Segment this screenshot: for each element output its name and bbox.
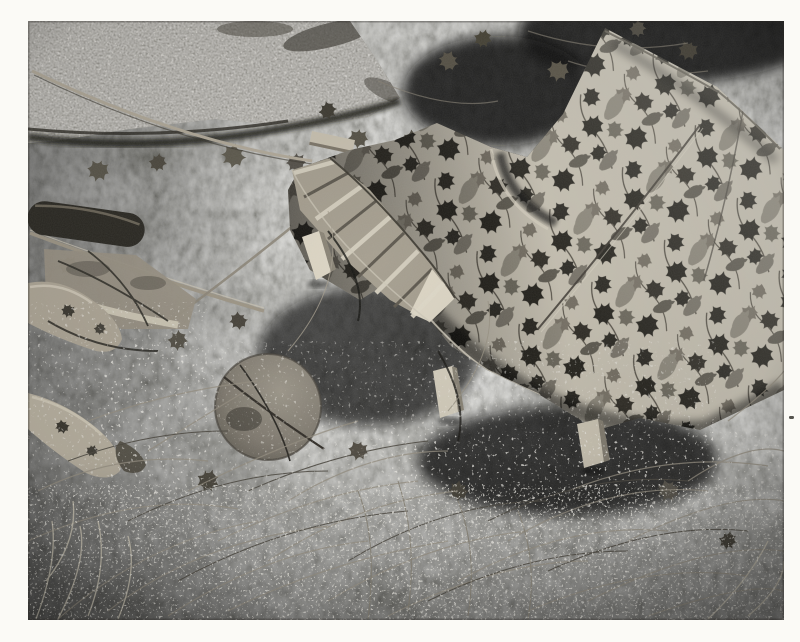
margin-mark <box>789 416 794 419</box>
vignette <box>28 21 784 620</box>
scanned-print <box>0 0 800 642</box>
photograph <box>0 0 800 642</box>
